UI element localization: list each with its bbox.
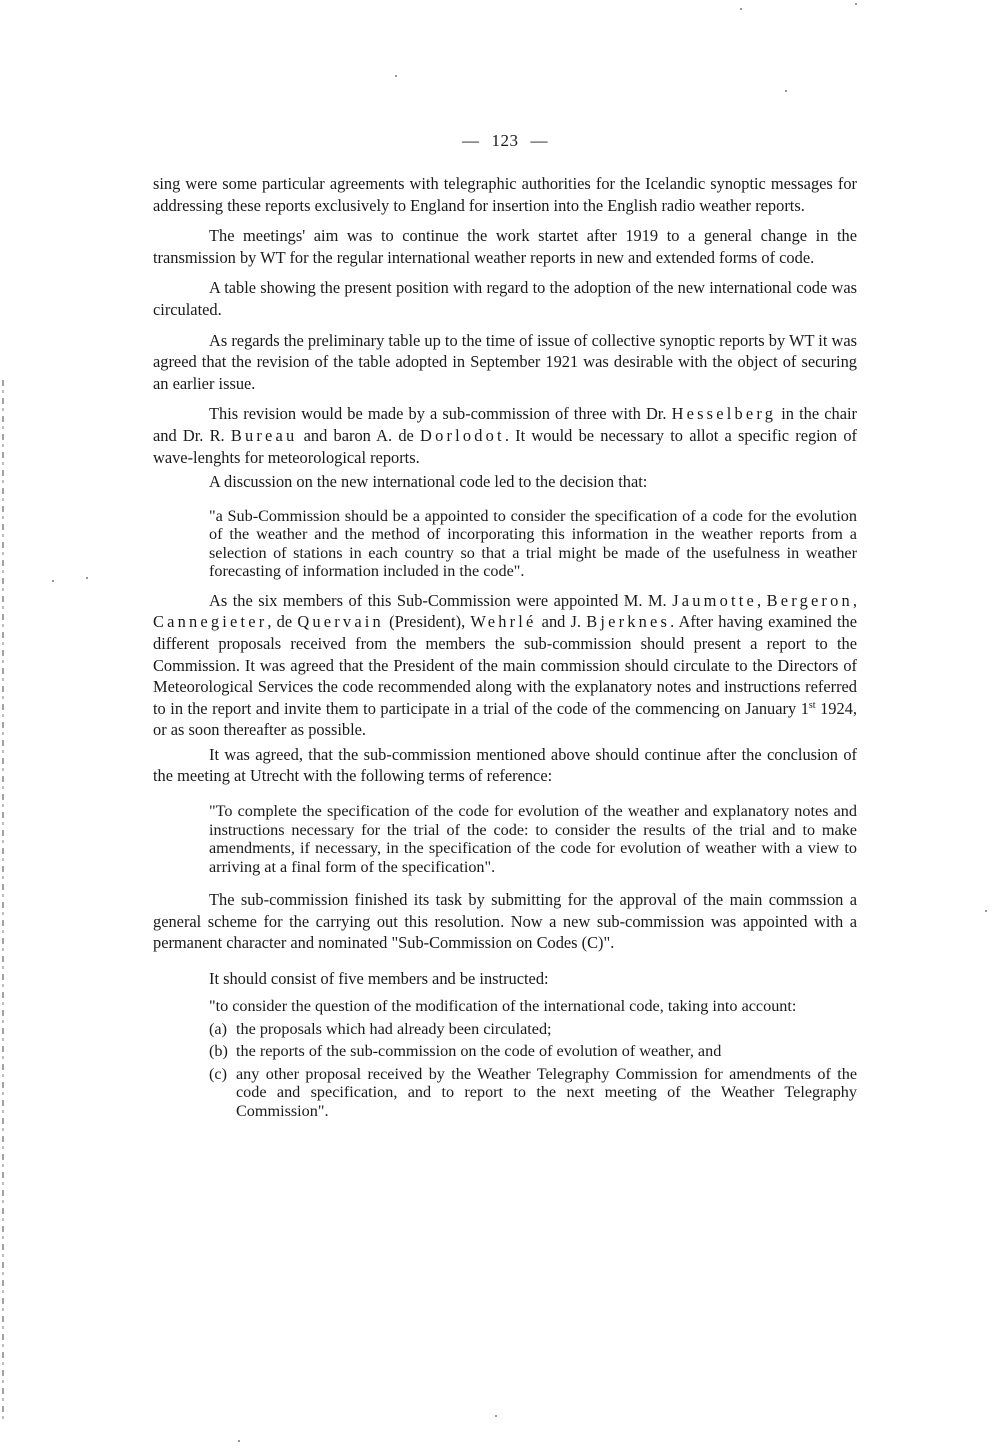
page-number: —123— [153, 128, 857, 154]
list-marker: (a) [209, 1020, 236, 1039]
instructions-list: (a) the proposals which had already been… [209, 1020, 857, 1121]
page-number-value: 123 [492, 131, 519, 150]
list-marker: (b) [209, 1042, 236, 1061]
paragraph-terms-of-reference: It was agreed, that the sub-commission m… [153, 744, 857, 787]
text-run: This revision would be made by a sub-com… [209, 404, 672, 423]
text-run: As the six members of this Sub-Commissio… [209, 591, 672, 610]
text-run: , [757, 591, 767, 610]
paragraph-meetings-aim: The meetings' aim was to continue the wo… [153, 225, 857, 268]
list-item-c: (c) any other proposal received by the W… [209, 1065, 857, 1121]
person-name-dorlodot: Dorlodot [420, 426, 505, 445]
list-text: the reports of the sub-commission on the… [236, 1042, 857, 1061]
page-number-dash-right: — [531, 128, 549, 154]
document-page: —123— sing were some particular agreemen… [153, 128, 857, 1120]
paragraph-revision-subcommission: This revision would be made by a sub-com… [153, 403, 857, 468]
list-text: any other proposal received by the Weath… [236, 1065, 857, 1121]
quote-terms-of-reference: "To complete the specification of the co… [209, 802, 857, 876]
person-name-wehrle: Wehrlé [470, 612, 536, 631]
paragraph-preliminary-table: As regards the preliminary table up to t… [153, 330, 857, 395]
text-run: (President), [384, 612, 470, 631]
quote-subcommission-decision: "a Sub-Commission should be a appointed … [209, 507, 857, 581]
person-name-bureau: Bureau [231, 426, 298, 445]
paragraph-table-circulated: A table showing the present position wit… [153, 277, 857, 320]
list-text: the proposals which had already been cir… [236, 1020, 857, 1039]
paragraph-six-members: As the six members of this Sub-Commissio… [153, 590, 857, 741]
person-name-cannegieter: Cannegieter [153, 612, 267, 631]
scan-binding-edge [2, 380, 4, 1420]
person-name-quervain: Quervain [297, 612, 384, 631]
paragraph-continuation: sing were some particular agreements wit… [153, 173, 857, 216]
person-name-hesselberg: Hesselberg [672, 404, 777, 423]
person-name-bergeron: Bergeron [767, 591, 853, 610]
text-run: and baron A. de [297, 426, 420, 445]
text-run: and J. [536, 612, 586, 631]
quote-instructions-intro: "to consider the question of the modific… [209, 997, 857, 1016]
ordinal-superscript: st [809, 700, 816, 711]
paragraph-five-members: It should consist of five members and be… [153, 968, 857, 990]
list-marker: (c) [209, 1065, 236, 1121]
text-run: , [853, 591, 857, 610]
page-number-dash-left: — [462, 128, 480, 154]
list-item-b: (b) the reports of the sub-commission on… [209, 1042, 857, 1061]
list-item-a: (a) the proposals which had already been… [209, 1020, 857, 1039]
paragraph-task-finished: The sub-commission finished its task by … [153, 889, 857, 954]
paragraph-discussion-decision: A discussion on the new international co… [153, 471, 857, 493]
person-name-jaumotte: Jaumotte [672, 591, 757, 610]
person-name-bjerknes: Bjerknes [586, 612, 670, 631]
text-run: , de [267, 612, 297, 631]
